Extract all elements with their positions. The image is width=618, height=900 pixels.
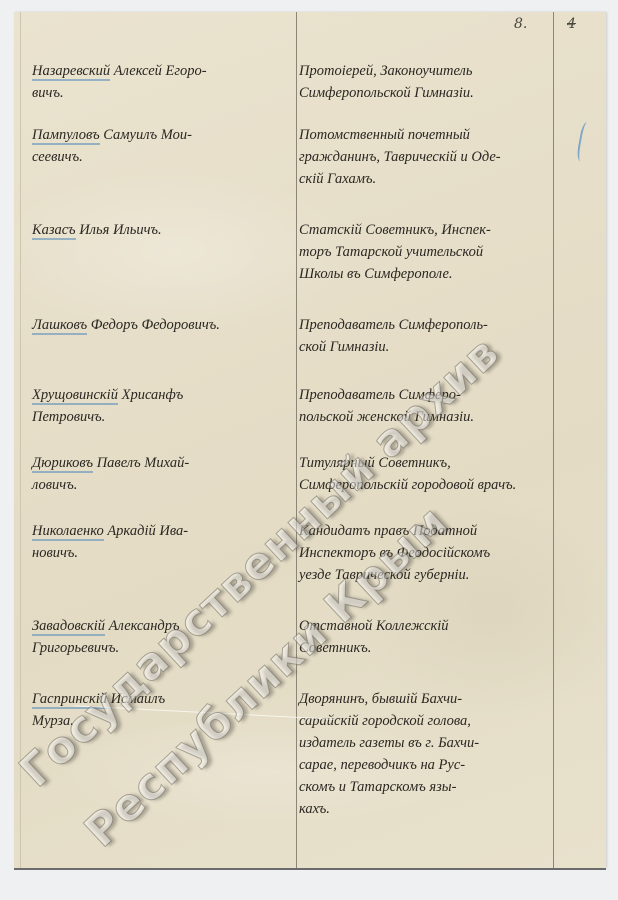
- page-number: 8.: [514, 16, 527, 32]
- person-name: Назаревский Алексей Егоро- вичъ.: [32, 60, 294, 104]
- pencil-mark: [576, 121, 595, 162]
- surname-underlined: Завадовскiй: [32, 618, 105, 636]
- person-position: Потомственный почетный гражданинъ, Таври…: [299, 124, 551, 190]
- person-position: Статскiй Советникъ, Инспек- торъ Татарск…: [299, 219, 551, 285]
- person-name: Лашковъ Федоръ Федоровичъ.: [32, 314, 294, 336]
- surname-underlined: Пампуловъ: [32, 127, 100, 145]
- surname-underlined: Хрущовинскiй: [32, 387, 118, 405]
- person-position: Дворянинъ, бывшiй Бахчи- сарайскiй город…: [299, 688, 551, 820]
- column-divider: [296, 12, 297, 868]
- person-name: Хрущовинскiй Хрисанфъ Петровичъ.: [32, 384, 294, 428]
- margin-rule: [20, 12, 21, 868]
- person-name: Пампуловъ Самуилъ Мои- сеевичъ.: [32, 124, 294, 168]
- surname-underlined: Дюриковъ: [32, 455, 93, 473]
- surname-underlined: Казасъ: [32, 222, 76, 240]
- surname-underlined: Лашковъ: [32, 317, 87, 335]
- surname-underlined: Назаревский: [32, 63, 110, 81]
- person-name: Дюриковъ Павелъ Михай- ловичъ.: [32, 452, 294, 496]
- sheet-number: 4: [567, 16, 576, 32]
- person-position: Преподаватель Симферополь- ской Гимназiи…: [299, 314, 551, 358]
- surname-underlined: Николаенко: [32, 523, 104, 541]
- person-position: Протоiерей, Законоучитель Симферопольско…: [299, 60, 551, 104]
- right-margin-rule: [553, 12, 554, 868]
- person-name: Казасъ Илья Ильичъ.: [32, 219, 294, 241]
